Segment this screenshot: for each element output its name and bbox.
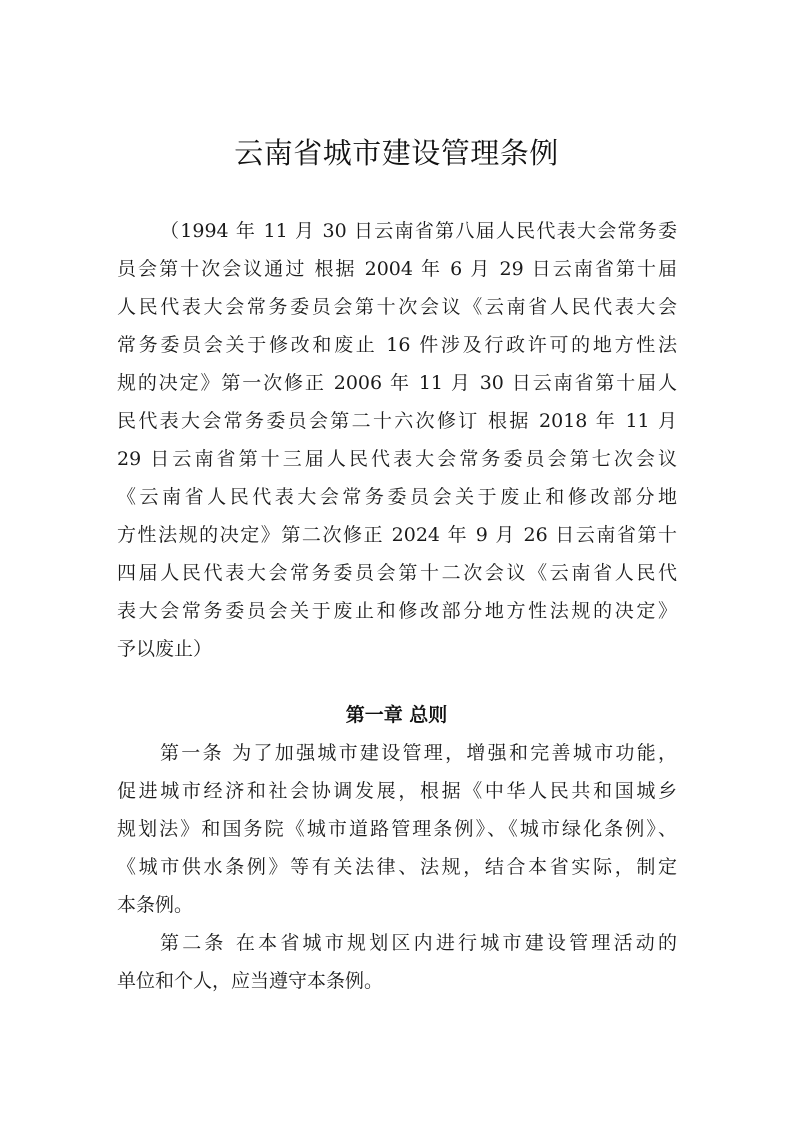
article-line: 本条例。: [117, 893, 677, 917]
article-line: 规划法》和国务院《城市道路管理条例》、《城市绿化条例》、: [117, 817, 677, 841]
document-title: 云南省城市建设管理条例: [0, 133, 793, 173]
preamble-line: 人民代表大会常务委员会第十次会议《云南省人民代表大会: [117, 295, 677, 319]
document-page: 云南省城市建设管理条例 （1994 年 11 月 30 日云南省第八届人民代表大…: [0, 0, 793, 1122]
preamble-line: 予以废止）: [117, 637, 677, 661]
preamble-line: 员会第十次会议通过 根据 2004 年 6 月 29 日云南省第十届: [117, 257, 677, 281]
preamble-line: 《云南省人民代表大会常务委员会关于废止和修改部分地: [117, 485, 677, 509]
preamble-line: 规的决定》第一次修正 2006 年 11 月 30 日云南省第十届人: [117, 371, 677, 395]
preamble-line: 方性法规的决定》第二次修正 2024 年 9 月 26 日云南省第十: [117, 523, 677, 547]
chapter-heading: 第一章 总则: [0, 702, 793, 728]
article-line: 《城市供水条例》等有关法律、法规，结合本省实际，制定: [117, 855, 677, 879]
article-line: 第一条 为了加强城市建设管理，增强和完善城市功能，: [160, 741, 677, 765]
preamble-line: 民代表大会常务委员会第二十六次修订 根据 2018 年 11 月: [117, 409, 677, 433]
preamble-line: 29 日云南省第十三届人民代表大会常务委员会第七次会议: [117, 447, 677, 471]
article-line: 第二条 在本省城市规划区内进行城市建设管理活动的: [160, 931, 677, 955]
article-line: 单位和个人，应当遵守本条例。: [117, 969, 677, 993]
preamble-line: 表大会常务委员会关于废止和修改部分地方性法规的决定》: [117, 599, 677, 623]
article-line: 促进城市经济和社会协调发展，根据《中华人民共和国城乡: [117, 779, 677, 803]
preamble-line: （1994 年 11 月 30 日云南省第八届人民代表大会常务委: [160, 219, 677, 243]
preamble-line: 常务委员会关于修改和废止 16 件涉及行政许可的地方性法: [117, 333, 677, 357]
preamble-line: 四届人民代表大会常务委员会第十二次会议《云南省人民代: [117, 561, 677, 585]
